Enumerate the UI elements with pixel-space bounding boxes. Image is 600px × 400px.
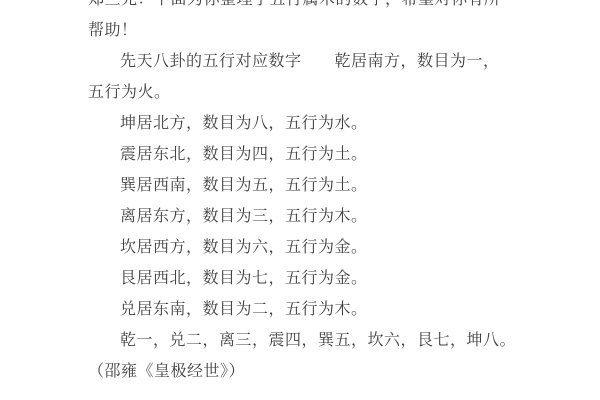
text-line-number-sequence: 乾一，兑二，离三，震四，巽五，坎六，艮七，坤八。 xyxy=(88,325,528,356)
text-line-gen: 艮居西北，数目为七，五行为金。 xyxy=(88,263,528,294)
text-line-help: 帮助！ xyxy=(88,15,528,46)
text-line-kun: 坤居北方，数目为八，五行为水。 xyxy=(88,108,528,139)
article-body: 郑兰光：下面为你整理了五行属木的数字，希望对你有所 帮助！ 先天八卦的五行对应数… xyxy=(88,0,528,387)
text-line-xun: 巽居西南，数目为五，五行为土。 xyxy=(88,170,528,201)
text-line-kan: 坎居西方，数目为六，五行为金。 xyxy=(88,232,528,263)
text-line-source-citation: （邵雍《皇极经世》） xyxy=(88,356,528,387)
text-line-zhen: 震居东北，数目为四，五行为土。 xyxy=(88,139,528,170)
text-line-heading-qian: 先天八卦的五行对应数字 乾居南方，数目为一， xyxy=(88,46,528,77)
text-line-clipped: 郑兰光：下面为你整理了五行属木的数字，希望对你有所 xyxy=(88,0,528,15)
text-line-li: 离居东方，数目为三，五行为木。 xyxy=(88,201,528,232)
text-line-qian-element: 五行为火。 xyxy=(88,77,528,108)
text-line-dui: 兑居东南，数目为二，五行为木。 xyxy=(88,294,528,325)
